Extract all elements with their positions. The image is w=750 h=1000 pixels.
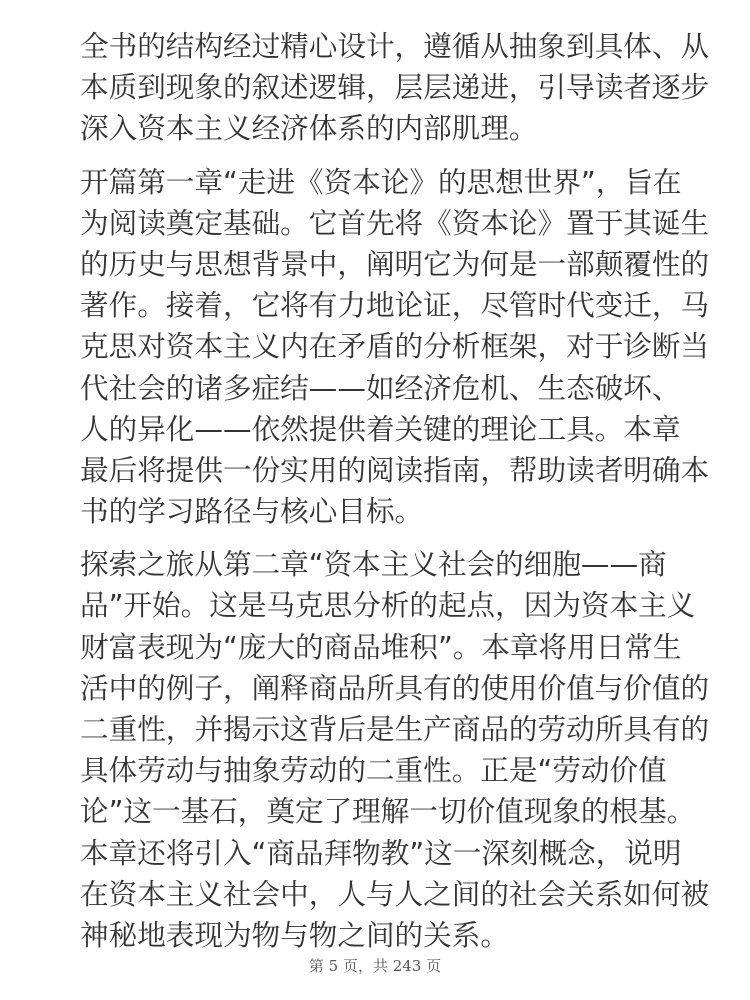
text-line: 品”开始。这是马克思分析的起点，因为资本主义 [80, 585, 676, 626]
text-line: 探索之旅从第二章“资本主义社会的细胞——商 [80, 544, 676, 585]
paragraph-chapter-one: 开篇第一章“走进《资本论》的思想世界”，旨在 为阅读奠定基础。它首先将《资本论》… [80, 162, 676, 533]
text-line: 财富表现为“庞大的商品堆积”。本章将用日常生 [80, 627, 676, 668]
text-line: 克思对资本主义内在矛盾的分析框架，对于诊断当 [80, 326, 676, 367]
text-line: 最后将提供一份实用的阅读指南，帮助读者明确本 [80, 450, 676, 491]
text-line: 书的学习路径与核心目标。 [80, 491, 676, 532]
paragraph-structure: 全书的结构经过精心设计，遵循从抽象到具体、从 本质到现象的叙述逻辑，层层递进，引… [80, 26, 676, 150]
text-line: 著作。接着，它将有力地论证，尽管时代变迁，马 [80, 285, 676, 326]
text-line: 在资本主义社会中，人与人之间的社会关系如何被 [80, 874, 676, 915]
text-line: 本章还将引入“商品拜物教”这一深刻概念，说明 [80, 833, 676, 874]
page-indicator: 第 5 页，共 243 页 [0, 955, 750, 976]
text-line: 二重性，并揭示这背后是生产商品的劳动所具有的 [80, 709, 676, 750]
text-line: 的历史与思想背景中，阐明它为何是一部颠覆性的 [80, 244, 676, 285]
text-line: 具体劳动与抽象劳动的二重性。正是“劳动价值 [80, 750, 676, 791]
text-line: 本质到现象的叙述逻辑，层层递进，引导读者逐步 [80, 67, 676, 108]
text-line: 为阅读奠定基础。它首先将《资本论》置于其诞生 [80, 203, 676, 244]
text-line: 全书的结构经过精心设计，遵循从抽象到具体、从 [80, 26, 676, 67]
text-line: 论”这一基石，奠定了理解一切价值现象的根基。 [80, 791, 676, 832]
text-line: 代社会的诸多症结——如经济危机、生态破坏、 [80, 368, 676, 409]
text-line: 神秘地表现为物与物之间的关系。 [80, 915, 676, 956]
text-line: 活中的例子，阐释商品所具有的使用价值与价值的 [80, 668, 676, 709]
text-line: 开篇第一章“走进《资本论》的思想世界”，旨在 [80, 162, 676, 203]
text-line: 人的异化——依然提供着关键的理论工具。本章 [80, 409, 676, 450]
document-page: 全书的结构经过精心设计，遵循从抽象到具体、从 本质到现象的叙述逻辑，层层递进，引… [80, 26, 676, 968]
text-line: 深入资本主义经济体系的内部肌理。 [80, 108, 676, 149]
paragraph-chapter-two: 探索之旅从第二章“资本主义社会的细胞——商 品”开始。这是马克思分析的起点，因为… [80, 544, 676, 956]
